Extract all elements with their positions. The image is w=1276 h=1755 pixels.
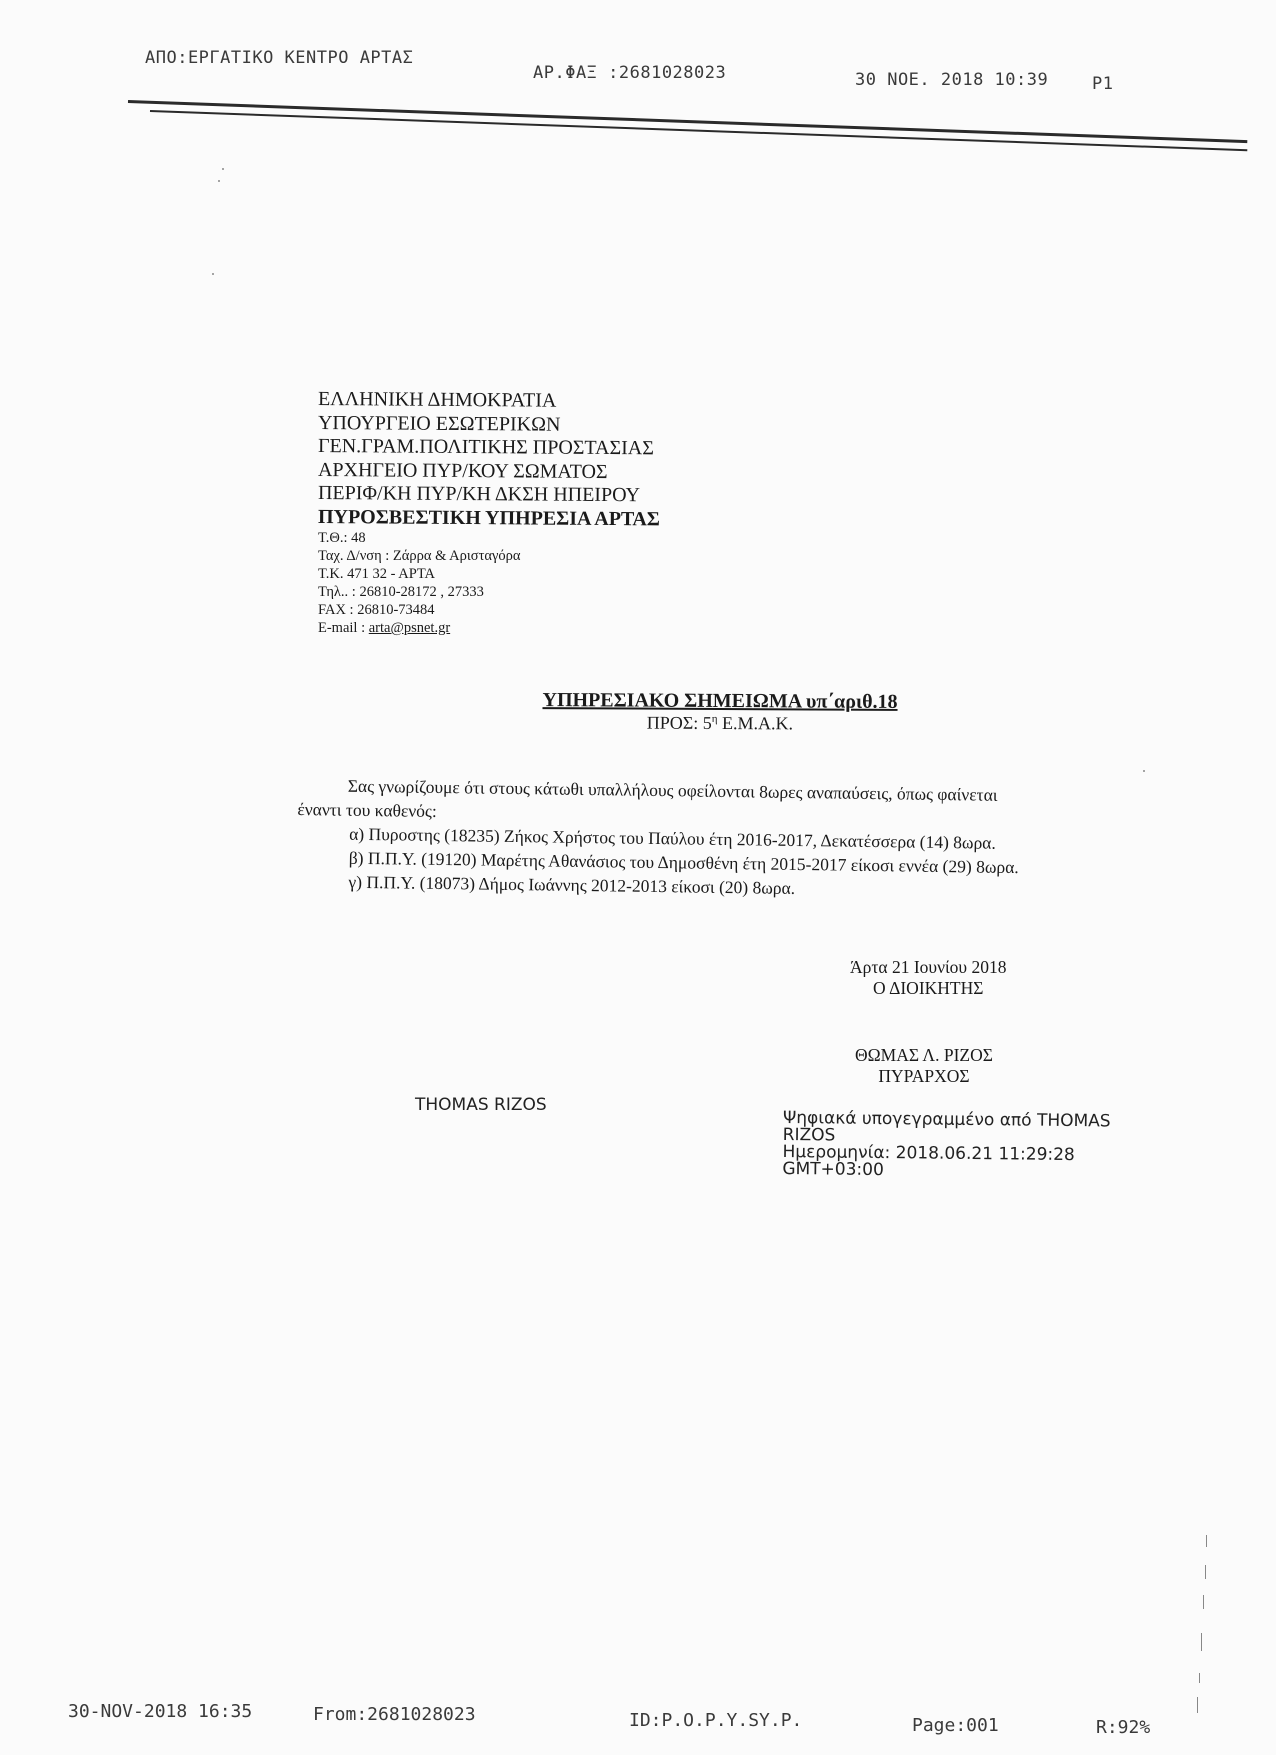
digital-signature-stamp: Ψηφιακά υπογεγραμμένο από THOMAS RIZOS Η… [782,1110,1110,1181]
memo-title-block: ΥΠΗΡΕΣΙΑΚΟ ΣΗΜΕΙΩΜΑ υπ΄αριθ.18 ΠΡΟΣ: 5η … [540,689,900,735]
letterhead-email-link[interactable]: arta@psnet.gr [369,620,450,636]
fax-footer-page: Page:001 [912,1715,999,1736]
letterhead-postal-code: Τ.Κ. 471 32 - ΑΡΤΑ [318,565,660,583]
scan-edge-mark [1201,1633,1202,1651]
fax-footer-id: ID:P.O.P.Y.SY.P. [629,1710,802,1731]
fax-number: ΑΡ.ΦΑΞ :2681028023 [533,63,726,83]
memo-recipient-suffix: Ε.Μ.Α.Κ. [718,713,794,733]
letterhead-line-secretariat: ΓΕΝ.ΓΡΑΜ.ΠΟΛΙΤΙΚΗΣ ΠΡΟΣΤΑΣΙΑΣ [318,435,660,461]
fax-footer-from: From:2681028023 [313,1704,476,1725]
letterhead-address: Ταχ. Δ/νση : Ζάρρα & Αρισταγόρα [318,547,660,565]
scan-edge-mark [1197,1697,1198,1713]
fax-header-rule-bottom [150,110,1247,151]
signature-name: ΘΩΜΑΣ Λ. ΡΙΖΟΣ [855,1045,993,1066]
letterhead-line-regional: ΠΕΡΙΦ/ΚΗ ΠΥΡ/ΚΗ ΔΚΣΗ ΗΠΕΙΡΟΥ [318,482,660,508]
scan-edge-mark [1205,1565,1206,1579]
scan-speck [218,180,220,182]
memo-recipient: ΠΡΟΣ: 5η Ε.Μ.Α.Κ. [540,712,900,735]
signature-role: Ο ΔΙΟΙΚΗΤΗΣ [850,978,1006,999]
fax-header-rule-top [128,100,1247,143]
letterhead-line-ministry: ΥΠΟΥΡΓΕΙΟ ΕΣΩΤΕΡΙΚΩΝ [318,412,660,438]
letterhead-line-republic: ΕΛΛΗΝΙΚΗ ΔΗΜΟΚΡΑΤΙΑ [318,388,660,414]
letterhead-po-box: Τ.Θ.: 48 [318,529,660,547]
letterhead-fax: FAX : 26810-73484 [318,601,660,619]
scan-edge-mark [1206,1535,1207,1547]
memo-title: ΥΠΗΡΕΣΙΑΚΟ ΣΗΜΕΙΩΜΑ υπ΄αριθ.18 [540,689,900,714]
scan-speck [222,168,224,170]
letterhead-phone: Τηλ.. : 26810-28172 , 27333 [318,583,660,601]
signature-name-block: ΘΩΜΑΣ Λ. ΡΙΖΟΣ ΠΥΡΑΡΧΟΣ [855,1045,993,1087]
memo-body: Σας γνωρίζουμε ότι στους κάτωθι υπαλλήλο… [296,773,1020,903]
letterhead-email-label: E-mail : [318,620,369,636]
letterhead-line-headquarters: ΑΡΧΗΓΕΙΟ ΠΥΡ/ΚΟΥ ΣΩΜΑΤΟΣ [318,459,660,485]
fax-footer-resolution: R:92% [1096,1717,1150,1738]
fax-sender: ΑΠΟ:ΕΡΓΑΤΙΚΟ ΚΕΝΤΡΟ ΑΡΤΑΣ [145,48,413,68]
scan-edge-mark [1199,1673,1200,1683]
scan-speck [212,273,214,275]
letterhead-email-row: E-mail : arta@psnet.gr [318,619,660,637]
fax-footer-datetime: 30-NOV-2018 16:35 [68,1701,252,1722]
digital-signer-name: THOMAS RIZOS [415,1095,547,1115]
signature-date-block: Άρτα 21 Ιουνίου 2018 Ο ΔΙΟΙΚΗΤΗΣ [850,957,1006,999]
fax-page: P1 [1092,74,1113,94]
fax-datetime: 30 ΝΟΕ. 2018 10:39 [855,70,1048,90]
letterhead: ΕΛΛΗΝΙΚΗ ΔΗΜΟΚΡΑΤΙΑ ΥΠΟΥΡΓΕΙΟ ΕΣΩΤΕΡΙΚΩΝ… [318,388,660,637]
signature-place-date: Άρτα 21 Ιουνίου 2018 [850,957,1006,978]
letterhead-service-name: ΠΥΡΟΣΒΕΣΤΙΚΗ ΥΠΗΡΕΣΙΑ ΑΡΤΑΣ [318,506,660,532]
memo-recipient-prefix: ΠΡΟΣ: 5 [647,713,712,733]
scan-speck [1143,770,1145,772]
scan-edge-mark [1203,1595,1204,1609]
signature-rank: ΠΥΡΑΡΧΟΣ [855,1066,993,1087]
